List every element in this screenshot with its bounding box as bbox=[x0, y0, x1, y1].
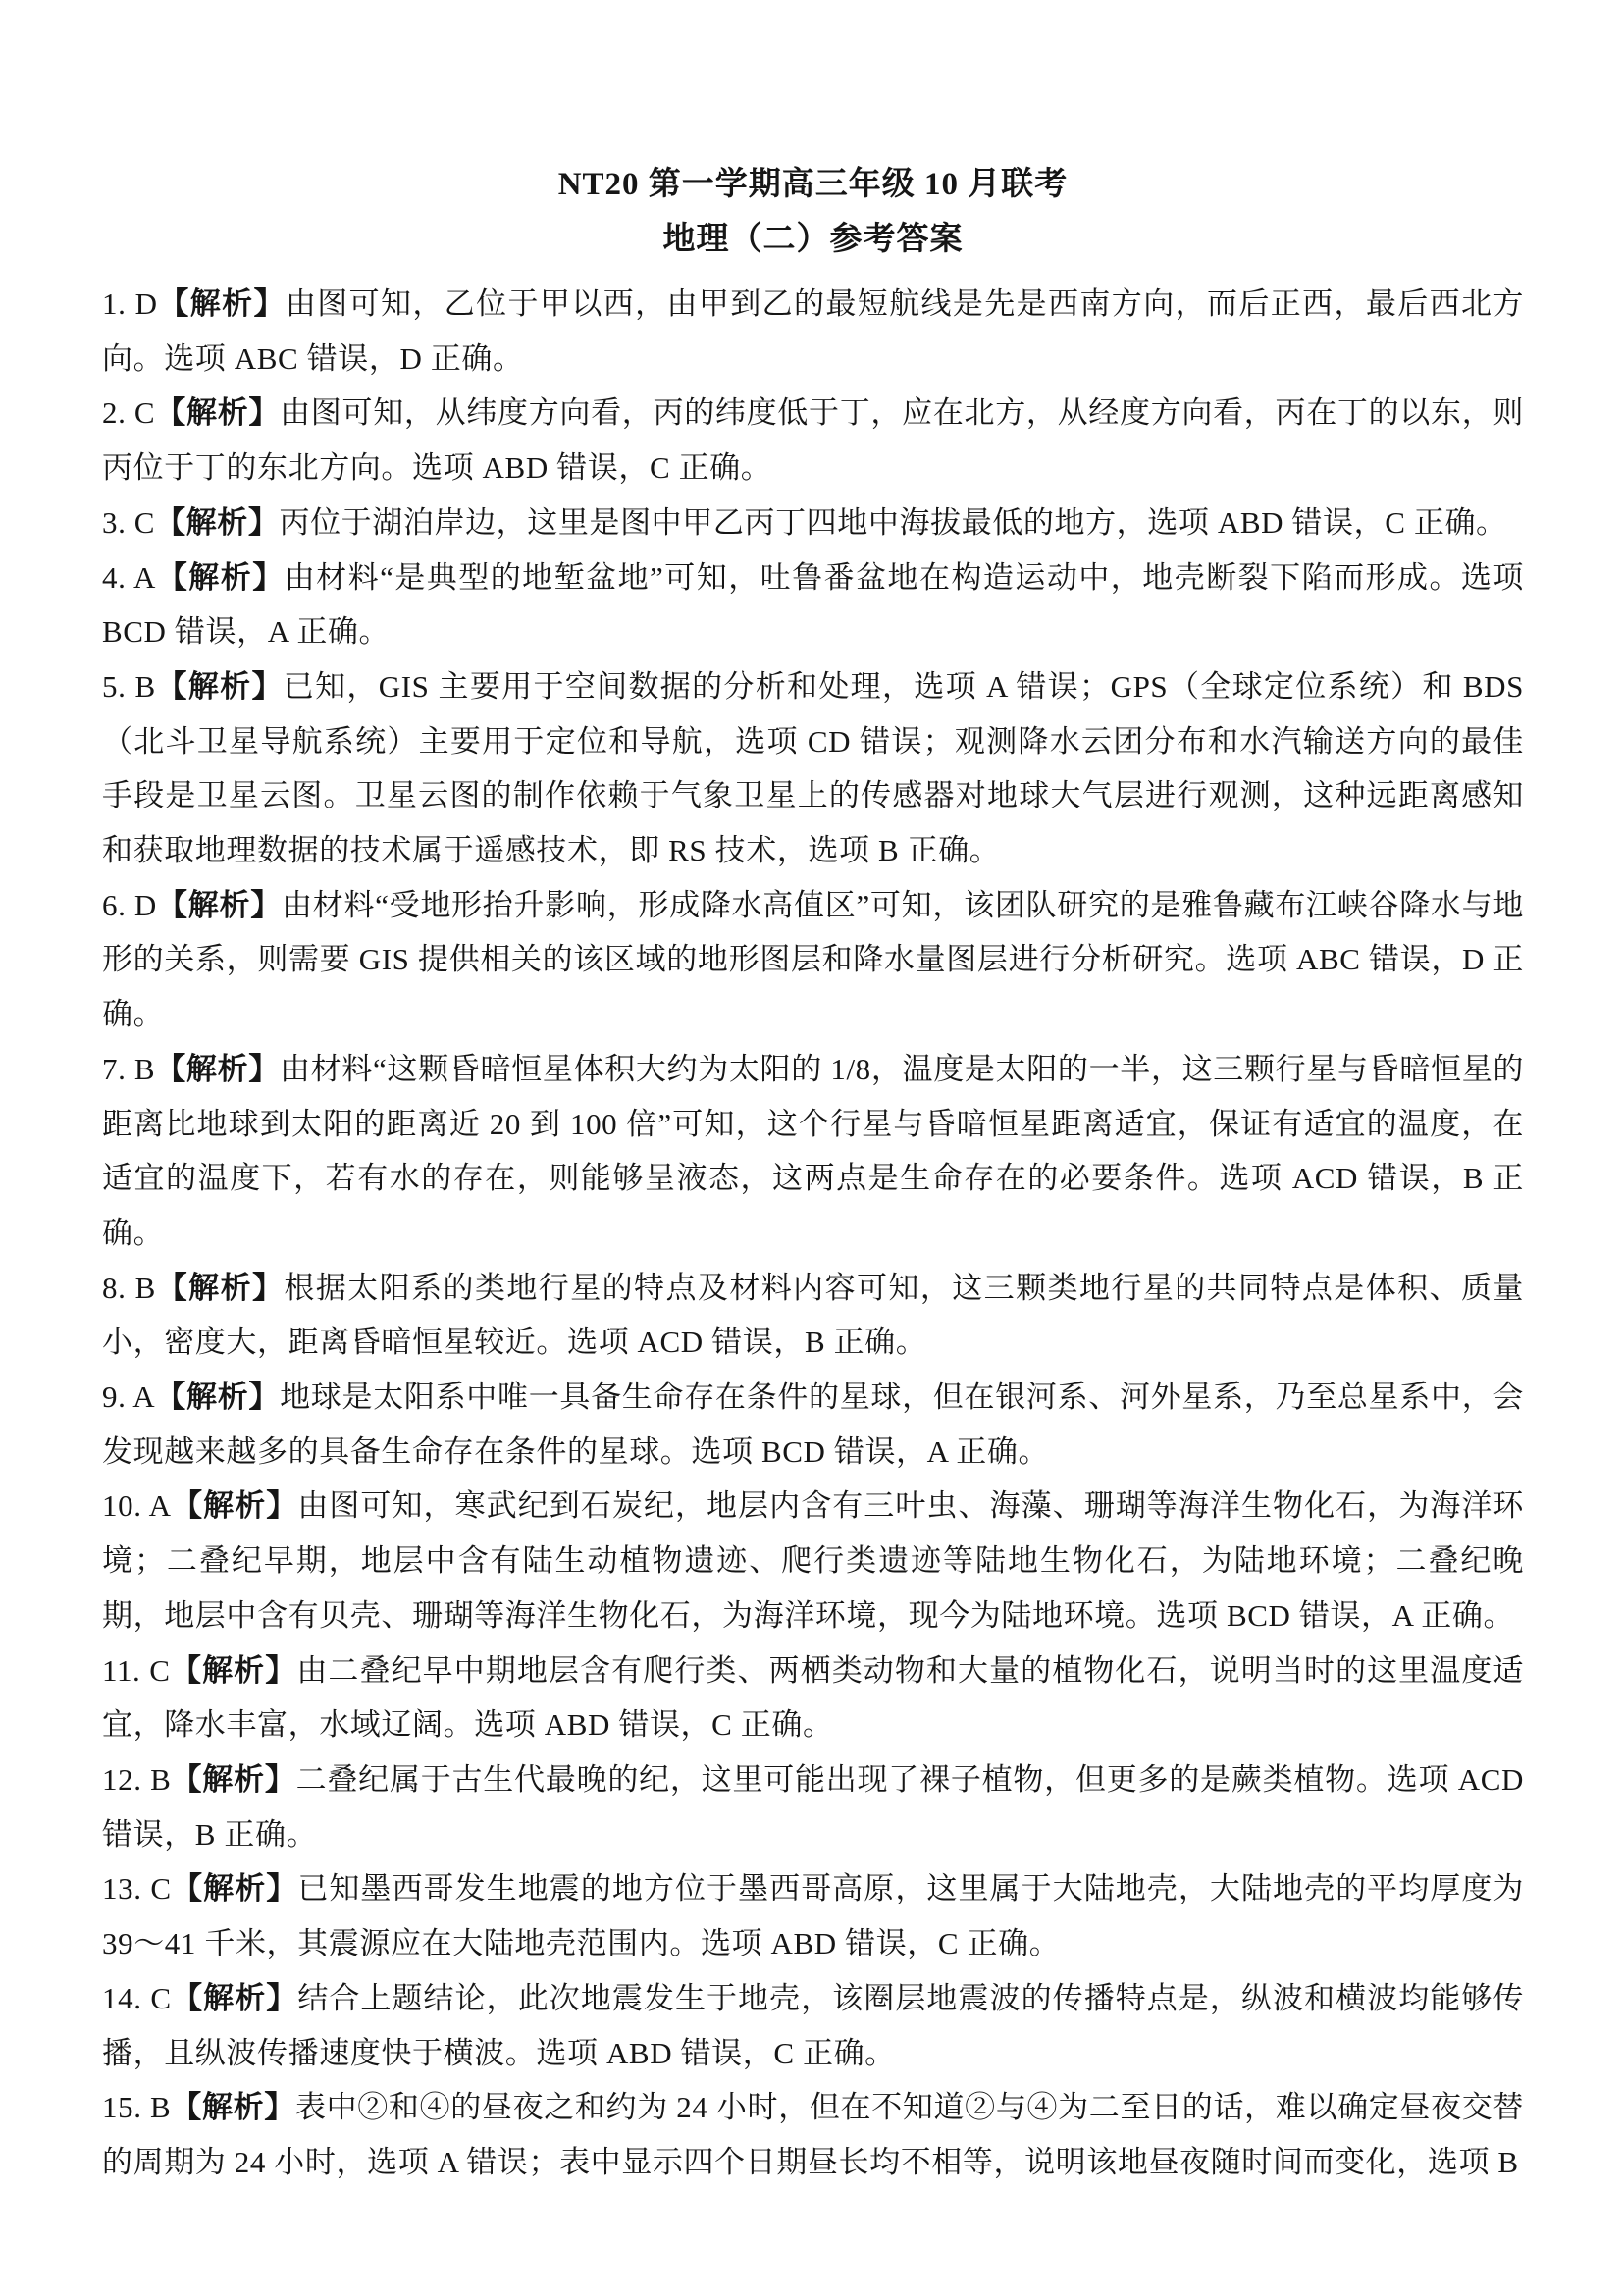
analysis-tag: 【解析】 bbox=[156, 669, 284, 704]
analysis-tag: 【解析】 bbox=[156, 560, 285, 595]
answer-item: 4. A【解析】由材料“是典型的地堑盆地”可知，吐鲁番盆地在构造运动中，地壳断裂… bbox=[102, 550, 1524, 659]
answer-number: 5. B bbox=[102, 669, 156, 704]
analysis-tag: 【解析】 bbox=[172, 1871, 298, 1905]
analysis-tag: 【解析】 bbox=[172, 1981, 298, 2015]
answer-text: 已知，GIS 主要用于空间数据的分析和处理，选项 A 错误；GPS（全球定位系统… bbox=[102, 669, 1524, 867]
analysis-tag: 【解析】 bbox=[156, 1271, 285, 1305]
answer-item: 7. B【解析】由材料“这颗昏暗恒星体积大约为太阳的 1/8，温度是太阳的一半，… bbox=[102, 1042, 1524, 1261]
analysis-tag: 【解析】 bbox=[171, 1762, 295, 1797]
answer-item: 10. A【解析】由图可知，寒武纪到石炭纪，地层内含有三叶虫、海藻、珊瑚等海洋生… bbox=[102, 1479, 1524, 1643]
answer-item: 2. C【解析】由图可知，从纬度方向看，丙的纬度低于丁，应在北方，从经度方向看，… bbox=[102, 386, 1524, 495]
answer-number: 1. D bbox=[102, 287, 158, 321]
answer-text: 丙位于湖泊岸边，这里是图中甲乙丙丁四地中海拔最低的地方，选项 ABD 错误，C … bbox=[279, 505, 1506, 540]
answer-item: 1. D【解析】由图可知，乙位于甲以西，由甲到乙的最短航线是先是西南方向，而后正… bbox=[102, 277, 1524, 386]
analysis-tag: 【解析】 bbox=[155, 395, 280, 430]
answer-text: 二叠纪属于古生代最晚的纪，这里可能出现了裸子植物，但更多的是蕨类植物。选项 AC… bbox=[102, 1762, 1524, 1852]
answer-number: 14. C bbox=[102, 1981, 172, 2015]
analysis-tag: 【解析】 bbox=[155, 1052, 280, 1086]
answer-text: 表中②和④的昼夜之和约为 24 小时，但在不知道②与④为二至日的话，难以确定昼夜… bbox=[102, 2090, 1524, 2179]
answer-text: 结合上题结论，此次地震发生于地壳，该圈层地震波的传播特点是，纵波和横波均能够传播… bbox=[102, 1981, 1524, 2070]
answer-text: 由图可知，乙位于甲以西，由甲到乙的最短航线是先是西南方向，而后正西，最后西北方向… bbox=[102, 287, 1524, 376]
answer-number: 10. A bbox=[102, 1488, 172, 1523]
analysis-tag: 【解析】 bbox=[171, 2090, 295, 2124]
document-page: NT20 第一学期高三年级 10 月联考 地理（二）参考答案 1. D【解析】由… bbox=[0, 0, 1624, 2295]
answer-number: 7. B bbox=[102, 1052, 155, 1086]
answer-item: 11. C【解析】由二叠纪早中期地层含有爬行类、两栖类动物和大量的植物化石，说明… bbox=[102, 1643, 1524, 1752]
answer-number: 6. D bbox=[102, 888, 157, 922]
answer-item: 6. D【解析】由材料“受地形抬升影响，形成降水高值区”可知，该团队研究的是雅鲁… bbox=[102, 878, 1524, 1042]
document-title-line1: NT20 第一学期高三年级 10 月联考 bbox=[102, 157, 1524, 212]
answers-list: 1. D【解析】由图可知，乙位于甲以西，由甲到乙的最短航线是先是西南方向，而后正… bbox=[102, 277, 1524, 2190]
answer-item: 13. C【解析】已知墨西哥发生地震的地方位于墨西哥高原，这里属于大陆地壳，大陆… bbox=[102, 1861, 1524, 1970]
answer-text: 由图可知，从纬度方向看，丙的纬度低于丁，应在北方，从经度方向看，丙在丁的以东，则… bbox=[102, 395, 1524, 485]
answer-text: 地球是太阳系中唯一具备生命存在条件的星球，但在银河系、河外星系，乃至总星系中，会… bbox=[102, 1380, 1524, 1469]
answer-item: 12. B【解析】二叠纪属于古生代最晚的纪，这里可能出现了裸子植物，但更多的是蕨… bbox=[102, 1752, 1524, 1861]
analysis-tag: 【解析】 bbox=[158, 287, 286, 321]
answer-number: 2. C bbox=[102, 395, 155, 430]
answer-number: 9. A bbox=[102, 1380, 155, 1414]
answer-item: 3. C【解析】丙位于湖泊岸边，这里是图中甲乙丙丁四地中海拔最低的地方，选项 A… bbox=[102, 496, 1524, 550]
answer-item: 14. C【解析】结合上题结论，此次地震发生于地壳，该圈层地震波的传播特点是，纵… bbox=[102, 1971, 1524, 2080]
answer-number: 12. B bbox=[102, 1762, 171, 1797]
analysis-tag: 【解析】 bbox=[171, 1653, 297, 1688]
analysis-tag: 【解析】 bbox=[172, 1488, 298, 1523]
answer-text: 由图可知，寒武纪到石炭纪，地层内含有三叶虫、海藻、珊瑚等海洋生物化石，为海洋环境… bbox=[102, 1488, 1524, 1632]
answer-text: 由材料“是典型的地堑盆地”可知，吐鲁番盆地在构造运动中，地壳断裂下陷而形成。选项… bbox=[102, 560, 1524, 650]
answer-text: 由材料“受地形抬升影响，形成降水高值区”可知，该团队研究的是雅鲁藏布江峡谷降水与… bbox=[102, 888, 1524, 1031]
document-title-line2: 地理（二）参考答案 bbox=[102, 212, 1524, 267]
answer-text: 由二叠纪早中期地层含有爬行类、两栖类动物和大量的植物化石，说明当时的这里温度适宜… bbox=[102, 1653, 1524, 1743]
analysis-tag: 【解析】 bbox=[155, 505, 279, 540]
answer-number: 15. B bbox=[102, 2090, 171, 2124]
answer-item: 9. A【解析】地球是太阳系中唯一具备生命存在条件的星球，但在银河系、河外星系，… bbox=[102, 1370, 1524, 1479]
answer-number: 4. A bbox=[102, 560, 156, 595]
answer-number: 13. C bbox=[102, 1871, 172, 1905]
answer-text: 根据太阳系的类地行星的特点及材料内容可知，这三颗类地行星的共同特点是体积、质量小… bbox=[102, 1271, 1524, 1360]
answer-number: 8. B bbox=[102, 1271, 156, 1305]
answer-number: 3. C bbox=[102, 505, 155, 540]
answer-text: 已知墨西哥发生地震的地方位于墨西哥高原，这里属于大陆地壳，大陆地壳的平均厚度为 … bbox=[102, 1871, 1524, 1960]
analysis-tag: 【解析】 bbox=[157, 888, 282, 922]
analysis-tag: 【解析】 bbox=[155, 1380, 280, 1414]
answer-text: 由材料“这颗昏暗恒星体积大约为太阳的 1/8，温度是太阳的一半，这三颗行星与昏暗… bbox=[102, 1052, 1524, 1250]
answer-item: 8. B【解析】根据太阳系的类地行星的特点及材料内容可知，这三颗类地行星的共同特… bbox=[102, 1261, 1524, 1370]
document-content: NT20 第一学期高三年级 10 月联考 地理（二）参考答案 1. D【解析】由… bbox=[102, 157, 1524, 2190]
answer-item: 5. B【解析】已知，GIS 主要用于空间数据的分析和处理，选项 A 错误；GP… bbox=[102, 659, 1524, 878]
answer-item: 15. B【解析】表中②和④的昼夜之和约为 24 小时，但在不知道②与④为二至日… bbox=[102, 2080, 1524, 2189]
answer-number: 11. C bbox=[102, 1653, 171, 1688]
